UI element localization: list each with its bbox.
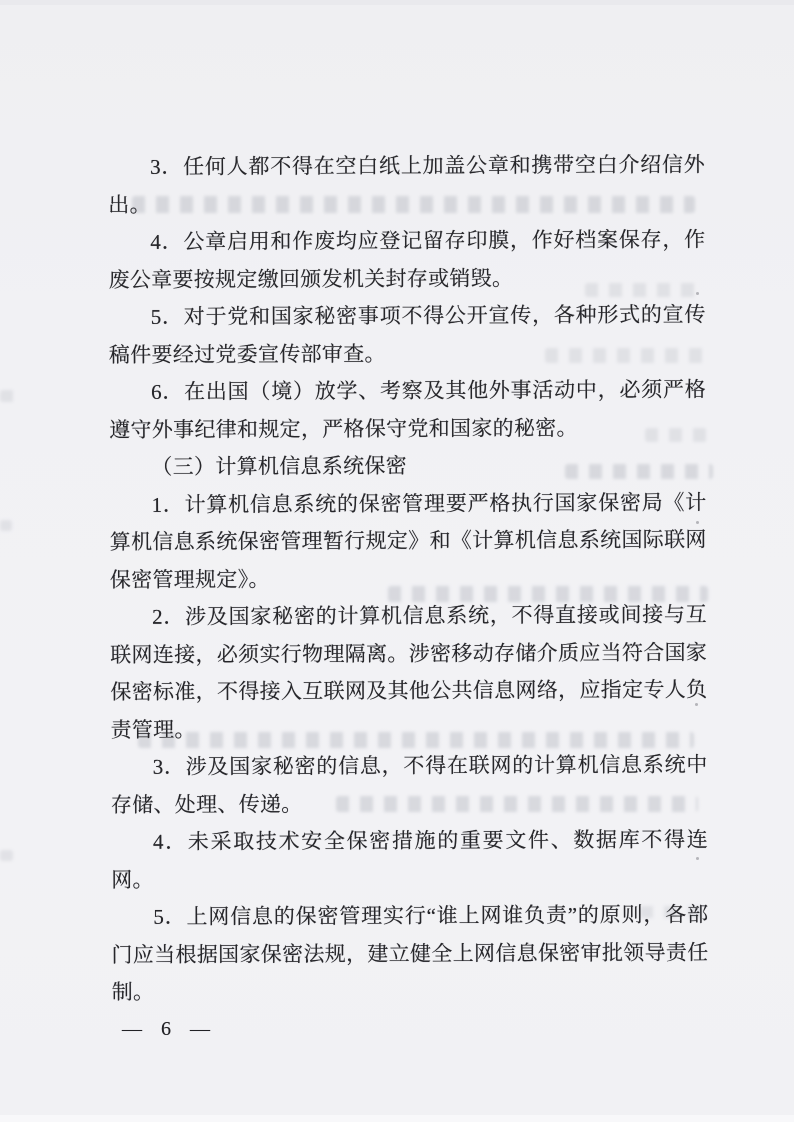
document-body: 3．任何人都不得在空白纸上加盖公章和携带空白介绍信外出。 4．公章启用和作废均应…: [108, 146, 709, 1011]
paragraph-foreign-affairs: 6．在出国（境）放学、考察及其他外事活动中，必须严格遵守外事纪律和规定，严格保守…: [109, 371, 706, 449]
page-number: — 6 —: [122, 1018, 217, 1041]
paragraph-internet-responsibility: 5．上网信息的保密管理实行“谁上网谁负责”的原则，各部门应当根据国家保密法规，建…: [111, 896, 708, 1011]
paragraph-seal-registration: 4．公章启用和作废均应登记留存印膜，作好档案保存，作废公章要按规定缴回颁发机关封…: [108, 221, 705, 299]
section-heading-computer-info-security: （三）计算机信息系统保密: [109, 446, 706, 486]
scan-edge-top: [0, 0, 794, 5]
scanned-page: 3．任何人都不得在空白纸上加盖公章和携带空白介绍信外出。 4．公章启用和作废均应…: [0, 0, 794, 1122]
paragraph-computer-regulations: 1．计算机信息系统的保密管理要严格执行国家保密局《计算机信息系统保密管理暂行规定…: [109, 484, 706, 599]
paragraph-physical-isolation: 2．涉及国家秘密的计算机信息系统，不得直接或间接与互联网连接，必须实行物理隔离。…: [110, 596, 708, 749]
scan-edge-bottom: [0, 1115, 794, 1122]
paragraph-secret-publicity: 5．对于党和国家秘密事项不得公开宣传，各种形式的宣传稿件要经过党委宣传部审查。: [109, 296, 706, 374]
bleed-through-smudge: [0, 390, 16, 402]
paragraph-networked-storage: 3．涉及国家秘密的信息，不得在联网的计算机信息系统中存储、处理、传递。: [111, 746, 708, 824]
paragraph-seal-blank-paper: 3．任何人都不得在空白纸上加盖公章和携带空白介绍信外出。: [108, 146, 705, 224]
bleed-through-smudge: [0, 850, 13, 861]
paragraph-unprotected-files: 4．未采取技术安全保密措施的重要文件、数据库不得连网。: [111, 821, 708, 899]
bleed-through-smudge: [0, 520, 12, 531]
